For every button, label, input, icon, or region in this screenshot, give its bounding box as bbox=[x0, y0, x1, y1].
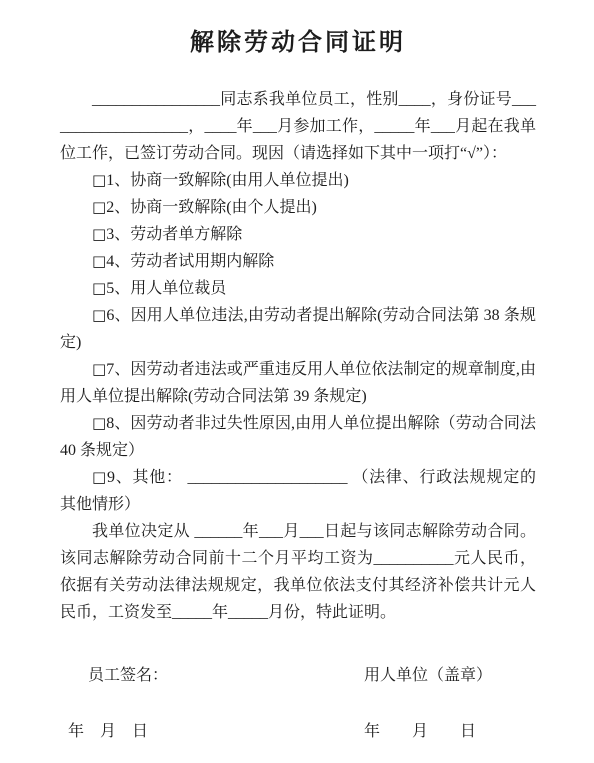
checkbox-icon[interactable]: □ bbox=[92, 279, 106, 297]
checkbox-icon[interactable]: □ bbox=[92, 225, 106, 243]
closing-paragraph: 我单位决定从 ______年___月___日起与该同志解除劳动合同。该同志解除劳… bbox=[60, 518, 536, 626]
document-page: 解除劳动合同证明 ________________同志系我单位员工，性别____… bbox=[0, 0, 594, 763]
signature-dates-row: 年 月 日 年 月 日 bbox=[60, 718, 536, 745]
option-item-7: □7、因劳动者违法或严重违反用人单位依法制定的规章制度,由用人单位提出解除(劳动… bbox=[60, 356, 536, 410]
option-item-2: □2、协商一致解除(由个人提出) bbox=[60, 194, 536, 221]
option-label: 4、劳动者试用期内解除 bbox=[106, 253, 274, 270]
checkbox-icon[interactable]: □ bbox=[92, 360, 106, 378]
option-label: 7、因劳动者违法或严重违反用人单位依法制定的规章制度,由用人单位提出解除(劳动合… bbox=[60, 361, 536, 405]
option-label: 2、协商一致解除(由个人提出) bbox=[106, 199, 317, 216]
option-item-8: □8、因劳动者非过失性原因,由用人单位提出解除（劳动合同法 40 条规定） bbox=[60, 410, 536, 464]
option-label: 1、协商一致解除(由用人单位提出) bbox=[106, 172, 349, 189]
checkbox-icon[interactable]: □ bbox=[92, 252, 106, 270]
signature-labels-row: 员工签名： 用人单位（盖章） bbox=[60, 662, 536, 689]
checkbox-icon[interactable]: □ bbox=[92, 414, 106, 432]
checkbox-icon[interactable]: □ bbox=[92, 468, 107, 486]
option-label: 8、因劳动者非过失性原因,由用人单位提出解除（劳动合同法 40 条规定） bbox=[60, 415, 536, 459]
checkbox-icon[interactable]: □ bbox=[92, 306, 106, 324]
employee-signature-label: 员工签名： bbox=[88, 662, 168, 689]
signature-block: 员工签名： 用人单位（盖章） 年 月 日 年 月 日 bbox=[60, 662, 536, 745]
option-label: 3、劳动者单方解除 bbox=[106, 226, 242, 243]
employer-date-label: 年 月 日 bbox=[364, 718, 536, 745]
checkbox-icon[interactable]: □ bbox=[92, 171, 106, 189]
employee-date-label: 年 月 日 bbox=[68, 718, 148, 745]
checkbox-icon[interactable]: □ bbox=[92, 198, 106, 216]
option-item-6: □6、因用人单位违法,由劳动者提出解除(劳动合同法第 38 条规定) bbox=[60, 302, 536, 356]
option-item-4: □4、劳动者试用期内解除 bbox=[60, 248, 536, 275]
option-label: 6、因用人单位违法,由劳动者提出解除(劳动合同法第 38 条规定) bbox=[60, 307, 536, 351]
employer-seal-label: 用人单位（盖章） bbox=[364, 662, 536, 689]
intro-paragraph: ________________同志系我单位员工，性别____，身份证号____… bbox=[60, 86, 536, 167]
option-label: 9、其他： ____________________ （法律、行政法规规定的其他… bbox=[60, 469, 536, 513]
option-item-9: □9、其他： ____________________ （法律、行政法规规定的其… bbox=[60, 464, 536, 518]
option-item-1: □1、协商一致解除(由用人单位提出) bbox=[60, 167, 536, 194]
document-title: 解除劳动合同证明 bbox=[60, 28, 536, 58]
option-item-3: □3、劳动者单方解除 bbox=[60, 221, 536, 248]
option-label: 5、用人单位裁员 bbox=[106, 280, 226, 297]
option-item-5: □5、用人单位裁员 bbox=[60, 275, 536, 302]
